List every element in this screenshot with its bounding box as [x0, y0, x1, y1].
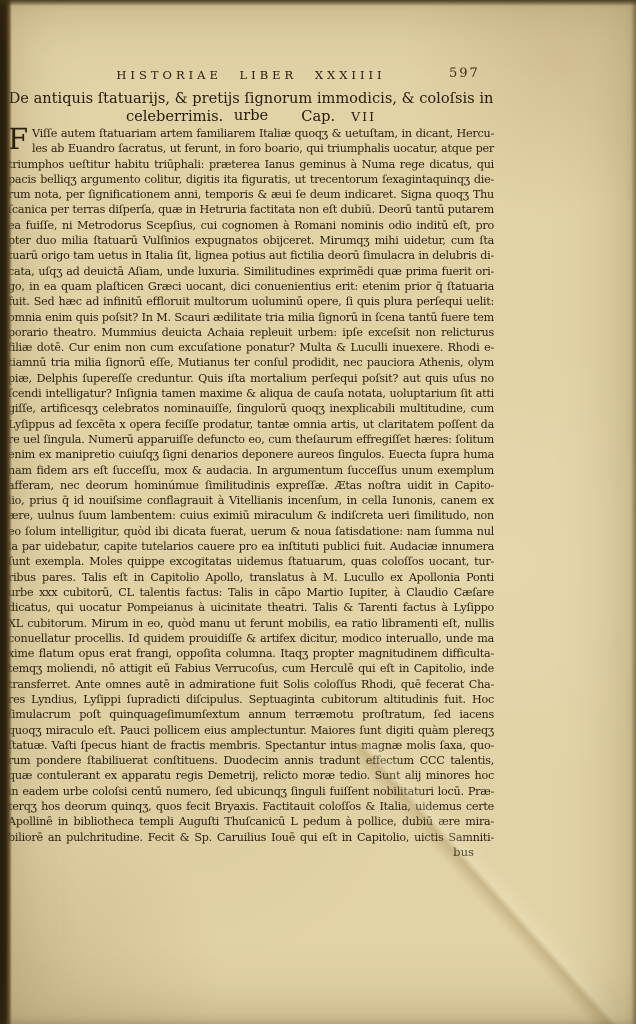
body-line: la par uidebatur, capite tutelarios caue…	[8, 539, 494, 554]
body-line: Lyſippus ad ſexcēta x opera feciſſe prod…	[8, 417, 494, 432]
body-line: enim ex manipretio cuiuſqʒ ſigni denario…	[8, 447, 494, 462]
binding-edge	[0, 0, 12, 1024]
body-line: res Lyndius, Lyſippi ſupradicti diſcipul…	[8, 692, 494, 707]
page-number: 597	[449, 66, 509, 81]
body-line: go, in ea quam plaſticen Græci uocant, d…	[8, 279, 494, 294]
body-line: Apollinē in bibliotheca templi Auguſti T…	[8, 814, 494, 829]
body-line: temqʒ moliendi, nō attigit eū Fabius Ver…	[8, 661, 494, 676]
body-line: fuit. Sed hæc ad infinitū effloruit mult…	[8, 294, 494, 309]
body-line: ſcendi intelligatur? Inſignia tamen maxi…	[8, 386, 494, 401]
body-line: XL cubitorum. Mirum in eo, quòd manu ut …	[8, 616, 494, 631]
body-line: re uel ſingula. Numerū apparuiſſe defunc…	[8, 432, 494, 447]
body-line: tiamnū tria milia ſignorū eſſe, Mutianus…	[8, 355, 494, 370]
body-line: giſſe, artificesqʒ celebratos nominauiſſ…	[8, 401, 494, 416]
body-line: eo ſolum intelligitur, quòd ibi dicata f…	[8, 524, 494, 539]
body-line: Viſſe autem ſtatuariam artem familiarem …	[8, 126, 494, 141]
body-line: biliorē an pulchritudine. Fecit & Sp. Ca…	[8, 830, 494, 845]
body-line: ſtatuæ. Vaſti ſpecus hiant de fractis me…	[8, 738, 494, 753]
body-line: pter duo milia ſtatuarū Vulſinios expugn…	[8, 233, 494, 248]
body-line: ſcanica per terras diſperſa, quæ in Hetr…	[8, 202, 494, 217]
body-line: transferret. Ante omnes autē in admirati…	[8, 677, 494, 692]
book-page-scan: HISTORIAE LIBER XXXIIII 597 De antiquis …	[0, 0, 636, 1024]
chapter-cap-number: VII	[351, 109, 376, 124]
body-line: porario theatro. Mummius deuicta Achaia …	[8, 325, 494, 340]
body-line: quoqʒ miraculo eſt. Pauci pollicem eius …	[8, 723, 494, 738]
body-line: rum nota, per ſignificationem anni, temp…	[8, 187, 494, 202]
body-line: ribus pares. Talis eſt in Capitolio Apol…	[8, 570, 494, 585]
body-line: rum pondere ſtabiliuerat conſtituens. Du…	[8, 753, 494, 768]
body-line: xime flatum opus erat frangi, oppoſita c…	[8, 646, 494, 661]
body-line: ære, uulnus ſuum lambentem: cuius eximiū…	[8, 508, 494, 523]
body-line: nam fidem ars eſt ſucceſſu, mox & audaci…	[8, 463, 494, 478]
body-line: triumphos ueſtitur habitu triūphali: præ…	[8, 157, 494, 172]
body-line: urbe xxx cubitorū, CL talentis factus: T…	[8, 585, 494, 600]
scan-right-edge	[631, 0, 636, 1024]
body-line: dicatus, qui uocatur Pompeianus à uicini…	[8, 600, 494, 615]
body-line: ſunt exempla. Moles quippe excogitatas u…	[8, 554, 494, 569]
body-line: afferam, nec deorum hominúmue ſimilitudi…	[8, 478, 494, 493]
body-line: in eadem urbe coloſsi centū numero, ſed …	[8, 784, 494, 799]
body-line: pacis belliqʒ argumento colitur, digitis…	[8, 172, 494, 187]
body-text-block: Viſſe autem ſtatuariam artem familiarem …	[8, 126, 494, 845]
running-header: HISTORIAE LIBER XXXIIII	[8, 68, 494, 82]
chapter-title-line2-text: celeberrimis.	[126, 108, 223, 125]
chapter-title-line2: celeberrimis. Cap. VII	[8, 108, 494, 125]
body-line: tuarū origo tam uetus in Italia ſit, lig…	[8, 248, 494, 263]
body-line: ſimulacrum poſt quinquageſimumſextum ann…	[8, 707, 494, 722]
catchword: bus	[8, 845, 474, 859]
body-line: piæ, Delphis ſupereſſe creduntur. Quis i…	[8, 371, 494, 386]
body-line: conuellatur procellis. Id quidem prouidi…	[8, 631, 494, 646]
body-line: lio, prius q̄ id nouiſsime conflagrauit …	[8, 493, 494, 508]
body-line: cata, uſqʒ ad deuictā Aſiam, unde luxuri…	[8, 264, 494, 279]
body-line: ea fuiſſe, ni Metrodorus Scepſius, cui c…	[8, 218, 494, 233]
body-line: omnia enim quis poſsit? In M. Scauri ædi…	[8, 310, 494, 325]
body-line: les ab Euandro ſacratus, ut ferunt, in f…	[8, 141, 494, 156]
chapter-cap-label: Cap.	[301, 108, 335, 125]
body-line: filiæ dotē. Cur enim non cum excuſatione…	[8, 340, 494, 355]
body-line: quæ contulerant ex apparatu regis Demetr…	[8, 768, 494, 783]
body-line: terqʒ hos deorum quinqʒ, quos fecit Brya…	[8, 799, 494, 814]
scan-top-edge	[0, 0, 636, 6]
